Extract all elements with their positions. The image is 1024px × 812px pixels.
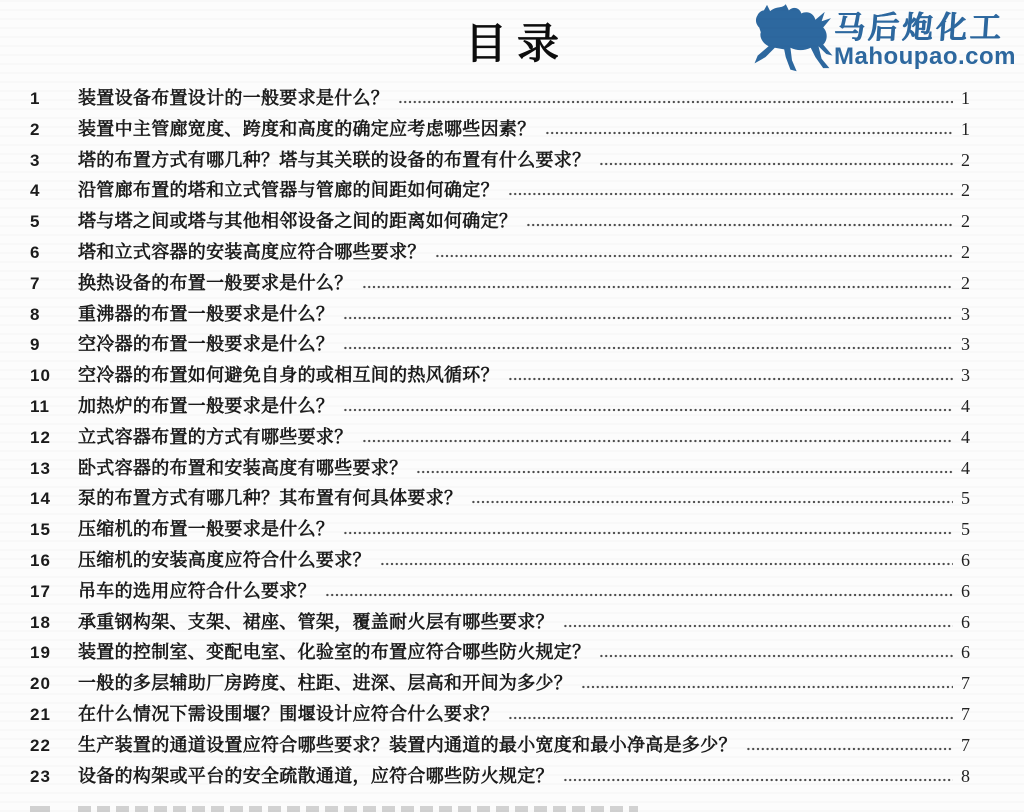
toc-entry: 13 卧式容器的布置和安装高度有哪些要求？ 4 xyxy=(30,454,970,485)
toc-entry-number: 21 xyxy=(30,705,78,725)
toc-entry-page: 4 xyxy=(958,396,970,417)
dot-leader-icon xyxy=(581,685,953,689)
toc-entry-number: 11 xyxy=(30,397,78,417)
brand-name: 马后炮化工 xyxy=(833,12,1017,43)
toc-entry: 11 加热炉的布置一般要求是什么？ 4 xyxy=(30,392,970,423)
toc-entry-page: 6 xyxy=(958,550,970,571)
toc-entry-number: 6 xyxy=(30,243,78,263)
dot-leader-icon xyxy=(343,531,953,535)
toc-entry-title: 承重钢构架、支架、裙座、管架，覆盖耐火层有哪些要求？ xyxy=(78,608,554,634)
toc-entry-number: 3 xyxy=(30,151,78,171)
toc-entry: 5 塔与塔之间或塔与其他相邻设备之间的距离如何确定？ 2 xyxy=(30,207,970,238)
dot-leader-icon xyxy=(343,316,953,320)
toc-entry: 21 在什么情况下需设围堰？围堰设计应符合什么要求？ 7 xyxy=(30,700,970,731)
dot-leader-icon xyxy=(526,223,953,227)
toc-entry-page: 5 xyxy=(958,519,970,540)
toc-entry-title: 吊车的选用应符合什么要求？ xyxy=(78,577,316,603)
toc-entry-title: 装置设备布置设计的一般要求是什么？ xyxy=(78,84,389,110)
toc-entry: 10 空冷器的布置如何避免自身的或相互间的热风循环？ 3 xyxy=(30,361,970,392)
toc-entry: 22 生产装置的通道设置应符合哪些要求？装置内通道的最小宽度和最小净高是多少？ … xyxy=(30,731,970,762)
dot-leader-icon xyxy=(563,778,953,782)
toc-entry-title: 沿管廊布置的塔和立式管器与管廊的间距如何确定？ xyxy=(78,176,499,202)
dot-leader-icon xyxy=(746,747,953,751)
dot-leader-icon xyxy=(380,562,953,566)
toc-entry-number: 22 xyxy=(30,736,78,756)
toc-entry-title: 立式容器布置的方式有哪些要求？ xyxy=(78,423,353,449)
toc-entry-number: 4 xyxy=(30,181,78,201)
toc-entry-number: 9 xyxy=(30,335,78,355)
toc-entry-number: 8 xyxy=(30,305,78,325)
toc-entry-page: 3 xyxy=(958,365,970,386)
toc-entry-number: 10 xyxy=(30,366,78,386)
page-header: 目录 马后炮化工 Mahoupao.com xyxy=(0,0,1024,82)
toc-entry-number: 5 xyxy=(30,212,78,232)
toc-entry-page: 5 xyxy=(958,488,970,509)
toc-list: 1 装置设备布置设计的一般要求是什么？ 1 2 装置中主管廊宽度、跨度和高度的确… xyxy=(0,82,1024,792)
toc-entry-page: 1 xyxy=(958,88,970,109)
toc-entry-title: 加热炉的布置一般要求是什么？ xyxy=(78,392,334,418)
toc-entry-title: 空冷器的布置如何避免自身的或相互间的热风循环？ xyxy=(78,361,499,387)
dot-leader-icon xyxy=(416,470,953,474)
toc-entry-page: 2 xyxy=(958,180,970,201)
dot-leader-icon xyxy=(471,500,953,504)
brand-domain: Mahoupao.com xyxy=(834,45,1016,69)
toc-entry: 6 塔和立式容器的安装高度应符合哪些要求？ 2 xyxy=(30,238,970,269)
toc-entry-number: 16 xyxy=(30,551,78,571)
dot-leader-icon xyxy=(563,624,953,628)
toc-entry-title: 装置中主管廊宽度、跨度和高度的确定应考虑哪些因素？ xyxy=(78,115,536,141)
toc-entry-number: 2 xyxy=(30,120,78,140)
dot-leader-icon xyxy=(362,439,954,443)
dot-leader-icon xyxy=(435,254,953,258)
toc-entry-title: 在什么情况下需设围堰？围堰设计应符合什么要求？ xyxy=(78,700,499,726)
brand-text: 马后炮化工 Mahoupao.com xyxy=(834,12,1016,69)
toc-entry-number: 23 xyxy=(30,767,78,787)
toc-entry-title: 重沸器的布置一般要求是什么？ xyxy=(78,300,334,326)
dot-leader-icon xyxy=(599,654,953,658)
toc-entry-page: 2 xyxy=(958,211,970,232)
toc-entry: 23 设备的构架或平台的安全疏散通道，应符合哪些防火规定？ 8 xyxy=(30,762,970,793)
dot-leader-icon xyxy=(508,192,953,196)
toc-entry: 17 吊车的选用应符合什么要求？ 6 xyxy=(30,577,970,608)
dot-leader-icon xyxy=(325,593,953,597)
toc-entry-title: 压缩机的布置一般要求是什么？ xyxy=(78,515,334,541)
dot-leader-icon xyxy=(343,346,953,350)
clipped-next-row xyxy=(78,806,638,812)
dot-leader-icon xyxy=(599,162,953,166)
toc-entry-title: 泵的布置方式有哪几种？其布置有何具体要求？ xyxy=(78,484,462,510)
toc-entry: 18 承重钢构架、支架、裙座、管架，覆盖耐火层有哪些要求？ 6 xyxy=(30,608,970,639)
toc-entry-title: 压缩机的安装高度应符合什么要求？ xyxy=(78,546,371,572)
toc-entry-title: 装置的控制室、变配电室、化验室的布置应符合哪些防火规定？ xyxy=(78,638,590,664)
toc-entry-title: 塔的布置方式有哪几种？塔与其关联的设备的布置有什么要求？ xyxy=(78,146,590,172)
dot-leader-icon xyxy=(398,100,953,104)
toc-entry-number: 19 xyxy=(30,643,78,663)
toc-entry: 7 换热设备的布置一般要求是什么？ 2 xyxy=(30,269,970,300)
toc-entry: 8 重沸器的布置一般要求是什么？ 3 xyxy=(30,300,970,331)
dot-leader-icon xyxy=(362,285,954,289)
toc-entry-number: 1 xyxy=(30,89,78,109)
toc-entry-number: 13 xyxy=(30,459,78,479)
toc-entry: 20 一般的多层辅助厂房跨度、柱距、进深、层高和开间为多少？ 7 xyxy=(30,669,970,700)
toc-entry-page: 7 xyxy=(958,735,970,756)
dot-leader-icon xyxy=(545,131,954,135)
toc-entry-page: 2 xyxy=(958,150,970,171)
toc-entry-title: 塔和立式容器的安装高度应符合哪些要求？ xyxy=(78,238,426,264)
toc-entry-number: 15 xyxy=(30,520,78,540)
toc-entry-page: 6 xyxy=(958,642,970,663)
toc-entry: 4 沿管廊布置的塔和立式管器与管廊的间距如何确定？ 2 xyxy=(30,176,970,207)
toc-entry: 15 压缩机的布置一般要求是什么？ 5 xyxy=(30,515,970,546)
toc-entry: 19 装置的控制室、变配电室、化验室的布置应符合哪些防火规定？ 6 xyxy=(30,638,970,669)
toc-entry-number: 20 xyxy=(30,674,78,694)
toc-entry-page: 3 xyxy=(958,304,970,325)
toc-entry-number: 7 xyxy=(30,274,78,294)
dot-leader-icon xyxy=(508,716,953,720)
toc-entry-page: 1 xyxy=(958,119,970,140)
toc-entry-title: 卧式容器的布置和安装高度有哪些要求？ xyxy=(78,454,407,480)
toc-entry: 2 装置中主管廊宽度、跨度和高度的确定应考虑哪些因素？ 1 xyxy=(30,115,970,146)
toc-entry-number: 14 xyxy=(30,489,78,509)
toc-entry-title: 换热设备的布置一般要求是什么？ xyxy=(78,269,353,295)
toc-entry-number: 17 xyxy=(30,582,78,602)
toc-entry-title: 塔与塔之间或塔与其他相邻设备之间的距离如何确定？ xyxy=(78,207,517,233)
toc-entry-number: 18 xyxy=(30,613,78,633)
toc-entry-page: 2 xyxy=(958,242,970,263)
toc-entry-title: 生产装置的通道设置应符合哪些要求？装置内通道的最小宽度和最小净高是多少？ xyxy=(78,731,737,757)
toc-entry: 3 塔的布置方式有哪几种？塔与其关联的设备的布置有什么要求？ 2 xyxy=(30,146,970,177)
toc-entry: 9 空冷器的布置一般要求是什么？ 3 xyxy=(30,330,970,361)
toc-entry-title: 空冷器的布置一般要求是什么？ xyxy=(78,330,334,356)
dot-leader-icon xyxy=(343,408,953,412)
toc-entry: 16 压缩机的安装高度应符合什么要求？ 6 xyxy=(30,546,970,577)
toc-entry: 1 装置设备布置设计的一般要求是什么？ 1 xyxy=(30,84,970,115)
dot-leader-icon xyxy=(508,377,953,381)
brand-logo: 马后炮化工 Mahoupao.com xyxy=(748,2,1016,78)
toc-entry-page: 6 xyxy=(958,612,970,633)
toc-entry: 14 泵的布置方式有哪几种？其布置有何具体要求？ 5 xyxy=(30,484,970,515)
toc-entry-title: 设备的构架或平台的安全疏散通道，应符合哪些防火规定？ xyxy=(78,762,554,788)
toc-entry-page: 6 xyxy=(958,581,970,602)
toc-entry-page: 7 xyxy=(958,704,970,725)
toc-entry-page: 7 xyxy=(958,673,970,694)
toc-entry-page: 4 xyxy=(958,427,970,448)
toc-entry-title: 一般的多层辅助厂房跨度、柱距、进深、层高和开间为多少？ xyxy=(78,669,572,695)
toc-entry-page: 3 xyxy=(958,334,970,355)
toc-entry-page: 8 xyxy=(958,766,970,787)
toc-entry: 12 立式容器布置的方式有哪些要求？ 4 xyxy=(30,423,970,454)
toc-entry-page: 4 xyxy=(958,458,970,479)
toc-entry-page: 2 xyxy=(958,273,970,294)
toc-entry-number: 12 xyxy=(30,428,78,448)
